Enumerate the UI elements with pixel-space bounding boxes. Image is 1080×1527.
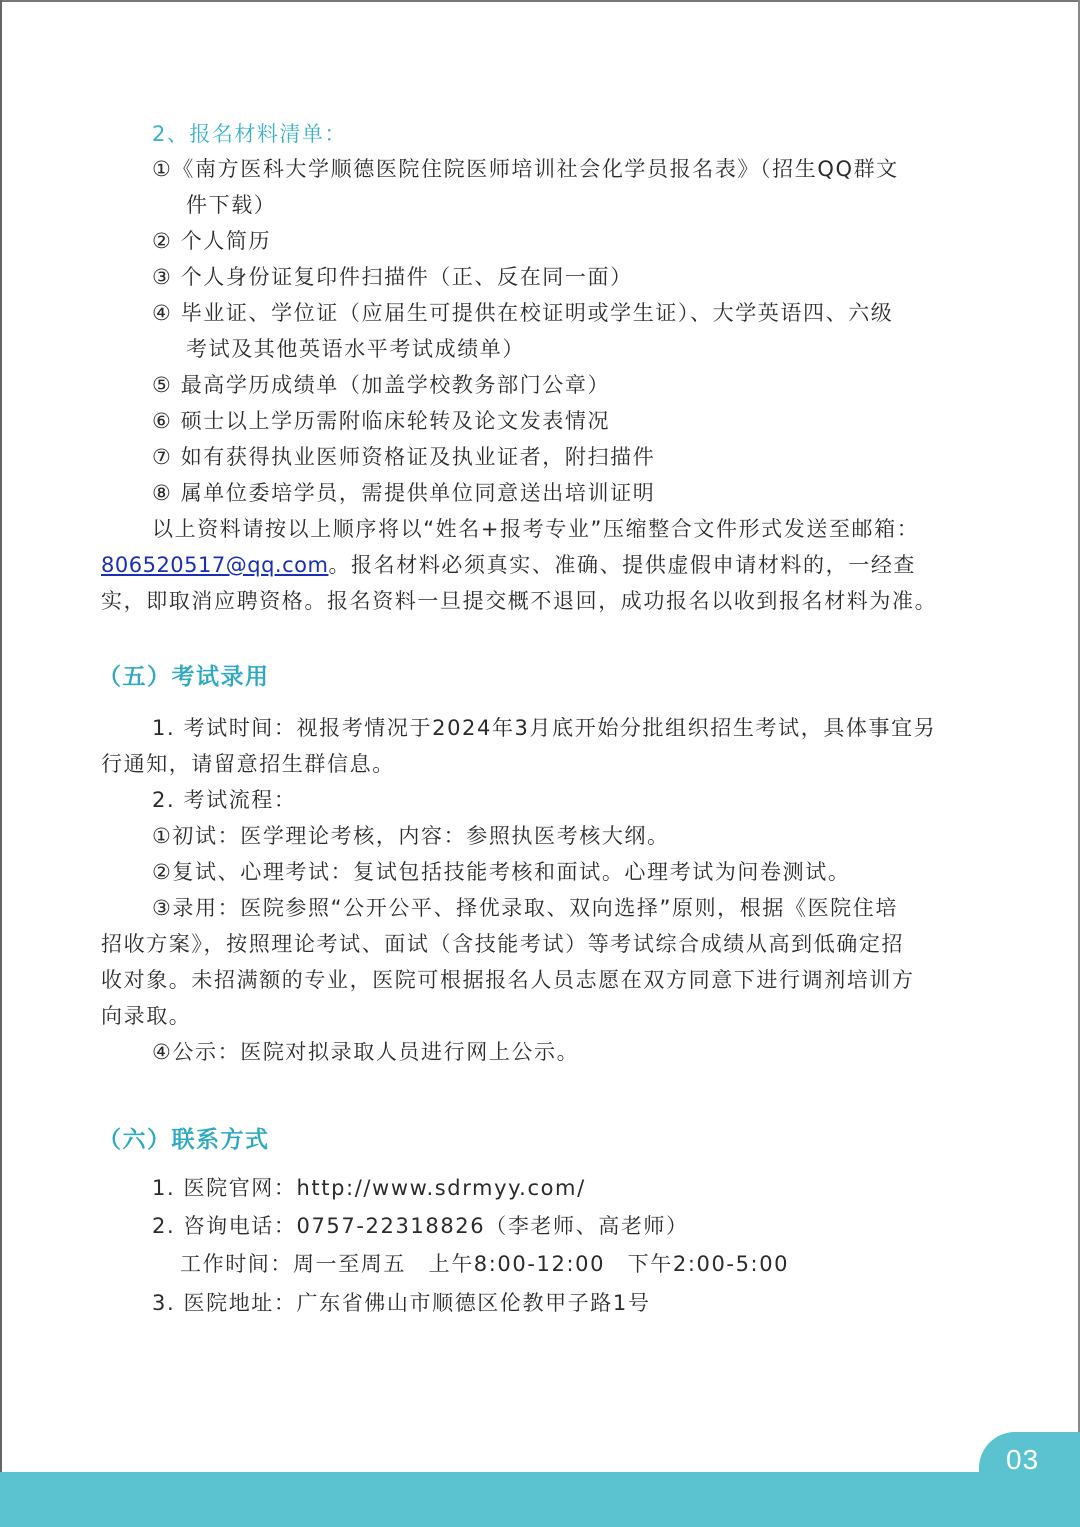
exam-line: 招收方案》，按照理论考试、面试（含技能考试）等考试综合成绩从高到低确定招 <box>101 926 904 962</box>
page-border-top <box>0 0 1080 2</box>
submission-note-text: 。报名材料必须真实、准确、提供虚假申请材料的，一经查 <box>328 553 916 577</box>
page-border-left <box>0 0 2 1527</box>
material-item-5: ⑤ 最高学历成绩单（加盖学校教务部门公章） <box>152 367 610 403</box>
contact-website: 1. 医院官网：http://www.sdrmyy.com/ <box>152 1170 586 1206</box>
material-item-1-cont: 件下载） <box>186 187 276 223</box>
submission-note-line3: 实，即取消应聘资格。报名资料一旦提交概不退回，成功报名以收到报名材料为准。 <box>101 583 937 619</box>
section-heading-exam: （五）考试录用 <box>98 659 270 695</box>
exam-line: 2. 考试流程： <box>152 782 297 818</box>
exam-line: 行通知，请留意招生群信息。 <box>101 746 395 782</box>
phone-number: 0757-22318826（李老师、高老师） <box>297 1214 689 1238</box>
exam-line: 向录取。 <box>101 998 191 1034</box>
material-item-1: ①《南方医科大学顺德医院住院医师培训社会化学员报名表》（招生QQ群文 <box>152 151 899 187</box>
website-link[interactable]: http://www.sdrmyy.com/ <box>297 1176 586 1200</box>
exam-line: 收对象。未招满额的专业，医院可根据报名人员志愿在双方同意下进行调剂培训方 <box>101 962 915 998</box>
phone-label: 2. 咨询电话： <box>152 1214 297 1238</box>
exam-line: 1. 考试时间：视报考情况于2024年3月底开始分批组织招生考试，具体事宜另 <box>152 710 936 746</box>
email-link[interactable]: 806520517@qq.com <box>101 553 328 577</box>
contact-phone: 2. 咨询电话：0757-22318826（李老师、高老师） <box>152 1208 689 1244</box>
material-item-8: ⑧ 属单位委培学员，需提供单位同意送出培训证明 <box>152 475 655 511</box>
contact-hours: 工作时间：周一至周五 上午8:00-12:00 下午2:00-5:00 <box>180 1246 789 1282</box>
website-label: 1. 医院官网： <box>152 1176 297 1200</box>
section-heading-contact: （六）联系方式 <box>98 1122 270 1158</box>
material-item-6: ⑥ 硕士以上学历需附临床轮转及论文发表情况 <box>152 403 610 439</box>
submission-note-line2: 806520517@qq.com。报名材料必须真实、准确、提供虚假申请材料的，一… <box>101 547 916 583</box>
page-number: 03 <box>1006 1444 1039 1476</box>
submission-note: 以上资料请按以上顺序将以“姓名+报考专业”压缩整合文件形式发送至邮箱： <box>152 511 919 547</box>
contact-address: 3. 医院地址：广东省佛山市顺德区伦教甲子路1号 <box>152 1285 650 1321</box>
footer-band <box>0 1472 1080 1527</box>
exam-line: ③录用：医院参照“公开公平、择优录取、双向选择”原则，根据《医院住培 <box>152 890 898 926</box>
material-item-4-cont: 考试及其他英语水平考试成绩单） <box>186 331 525 367</box>
exam-line: ①初试：医学理论考核，内容：参照执医考核大纲。 <box>152 818 670 854</box>
material-item-4: ④ 毕业证、学位证（应届生可提供在校证明或学生证）、大学英语四、六级 <box>152 295 893 331</box>
exam-line: ②复试、心理考试：复试包括技能考核和面试。心理考试为问卷测试。 <box>152 854 850 890</box>
materials-title: 2、报名材料清单： <box>152 116 347 152</box>
material-item-7: ⑦ 如有获得执业医师资格证及执业证者，附扫描件 <box>152 439 655 475</box>
material-item-2: ② 个人简历 <box>152 223 271 259</box>
material-item-3: ③ 个人身份证复印件扫描件（正、反在同一面） <box>152 259 633 295</box>
exam-line: ④公示：医院对拟录取人员进行网上公示。 <box>152 1034 579 1070</box>
